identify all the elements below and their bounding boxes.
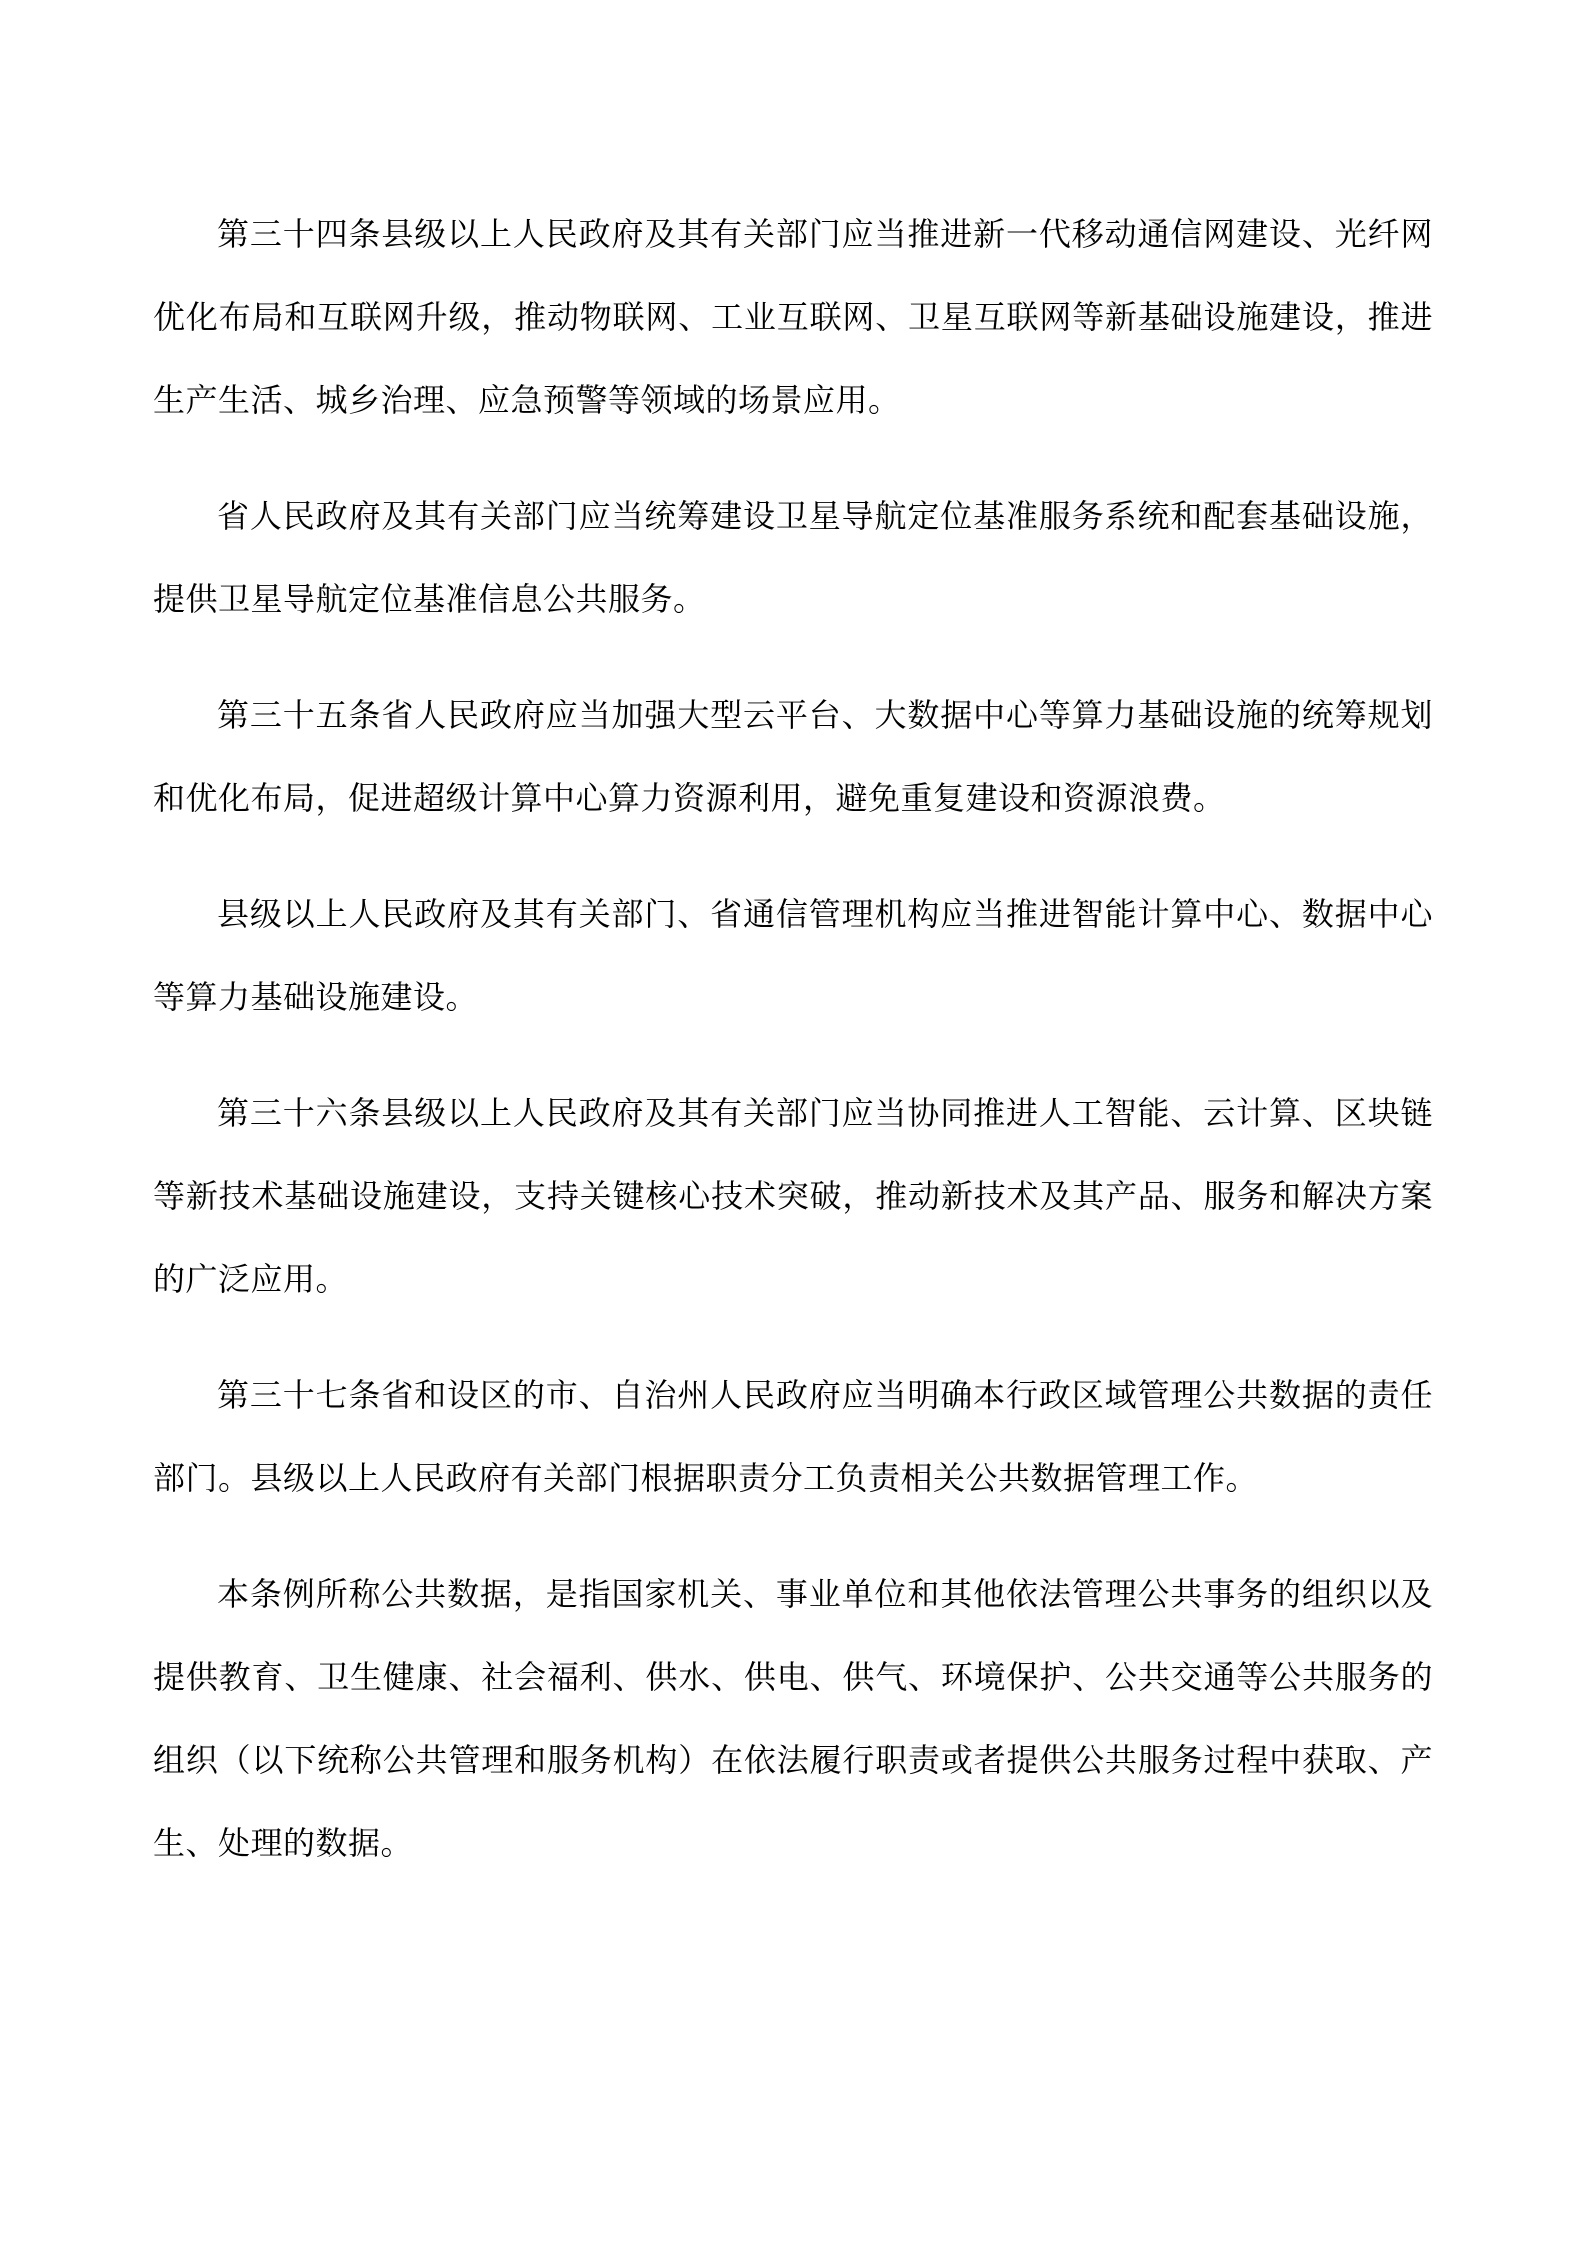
paragraph-article-36: 第三十六条县级以上人民政府及其有关部门应当协同推进人工智能、云计算、区块链等新技…	[153, 1072, 1433, 1321]
document-text-block: 第三十四条县级以上人民政府及其有关部门应当推进新一代移动通信网建设、光纤网优化布…	[153, 193, 1433, 1918]
paragraph-article-37-clause-2: 本条例所称公共数据，是指国家机关、事业单位和其他依法管理公共事务的组织以及提供教…	[153, 1553, 1433, 1885]
paragraph-article-37: 第三十七条省和设区的市、自治州人民政府应当明确本行政区域管理公共数据的责任部门。…	[153, 1354, 1433, 1520]
paragraph-article-35: 第三十五条省人民政府应当加强大型云平台、大数据中心等算力基础设施的统筹规划和优化…	[153, 674, 1433, 840]
paragraph-article-34: 第三十四条县级以上人民政府及其有关部门应当推进新一代移动通信网建设、光纤网优化布…	[153, 193, 1433, 442]
paragraph-article-35-clause-2: 县级以上人民政府及其有关部门、省通信管理机构应当推进智能计算中心、数据中心等算力…	[153, 873, 1433, 1039]
paragraph-article-34-clause-2: 省人民政府及其有关部门应当统筹建设卫星导航定位基准服务系统和配套基础设施，提供卫…	[153, 475, 1433, 641]
document-page: 第三十四条县级以上人民政府及其有关部门应当推进新一代移动通信网建设、光纤网优化布…	[0, 0, 1586, 2244]
